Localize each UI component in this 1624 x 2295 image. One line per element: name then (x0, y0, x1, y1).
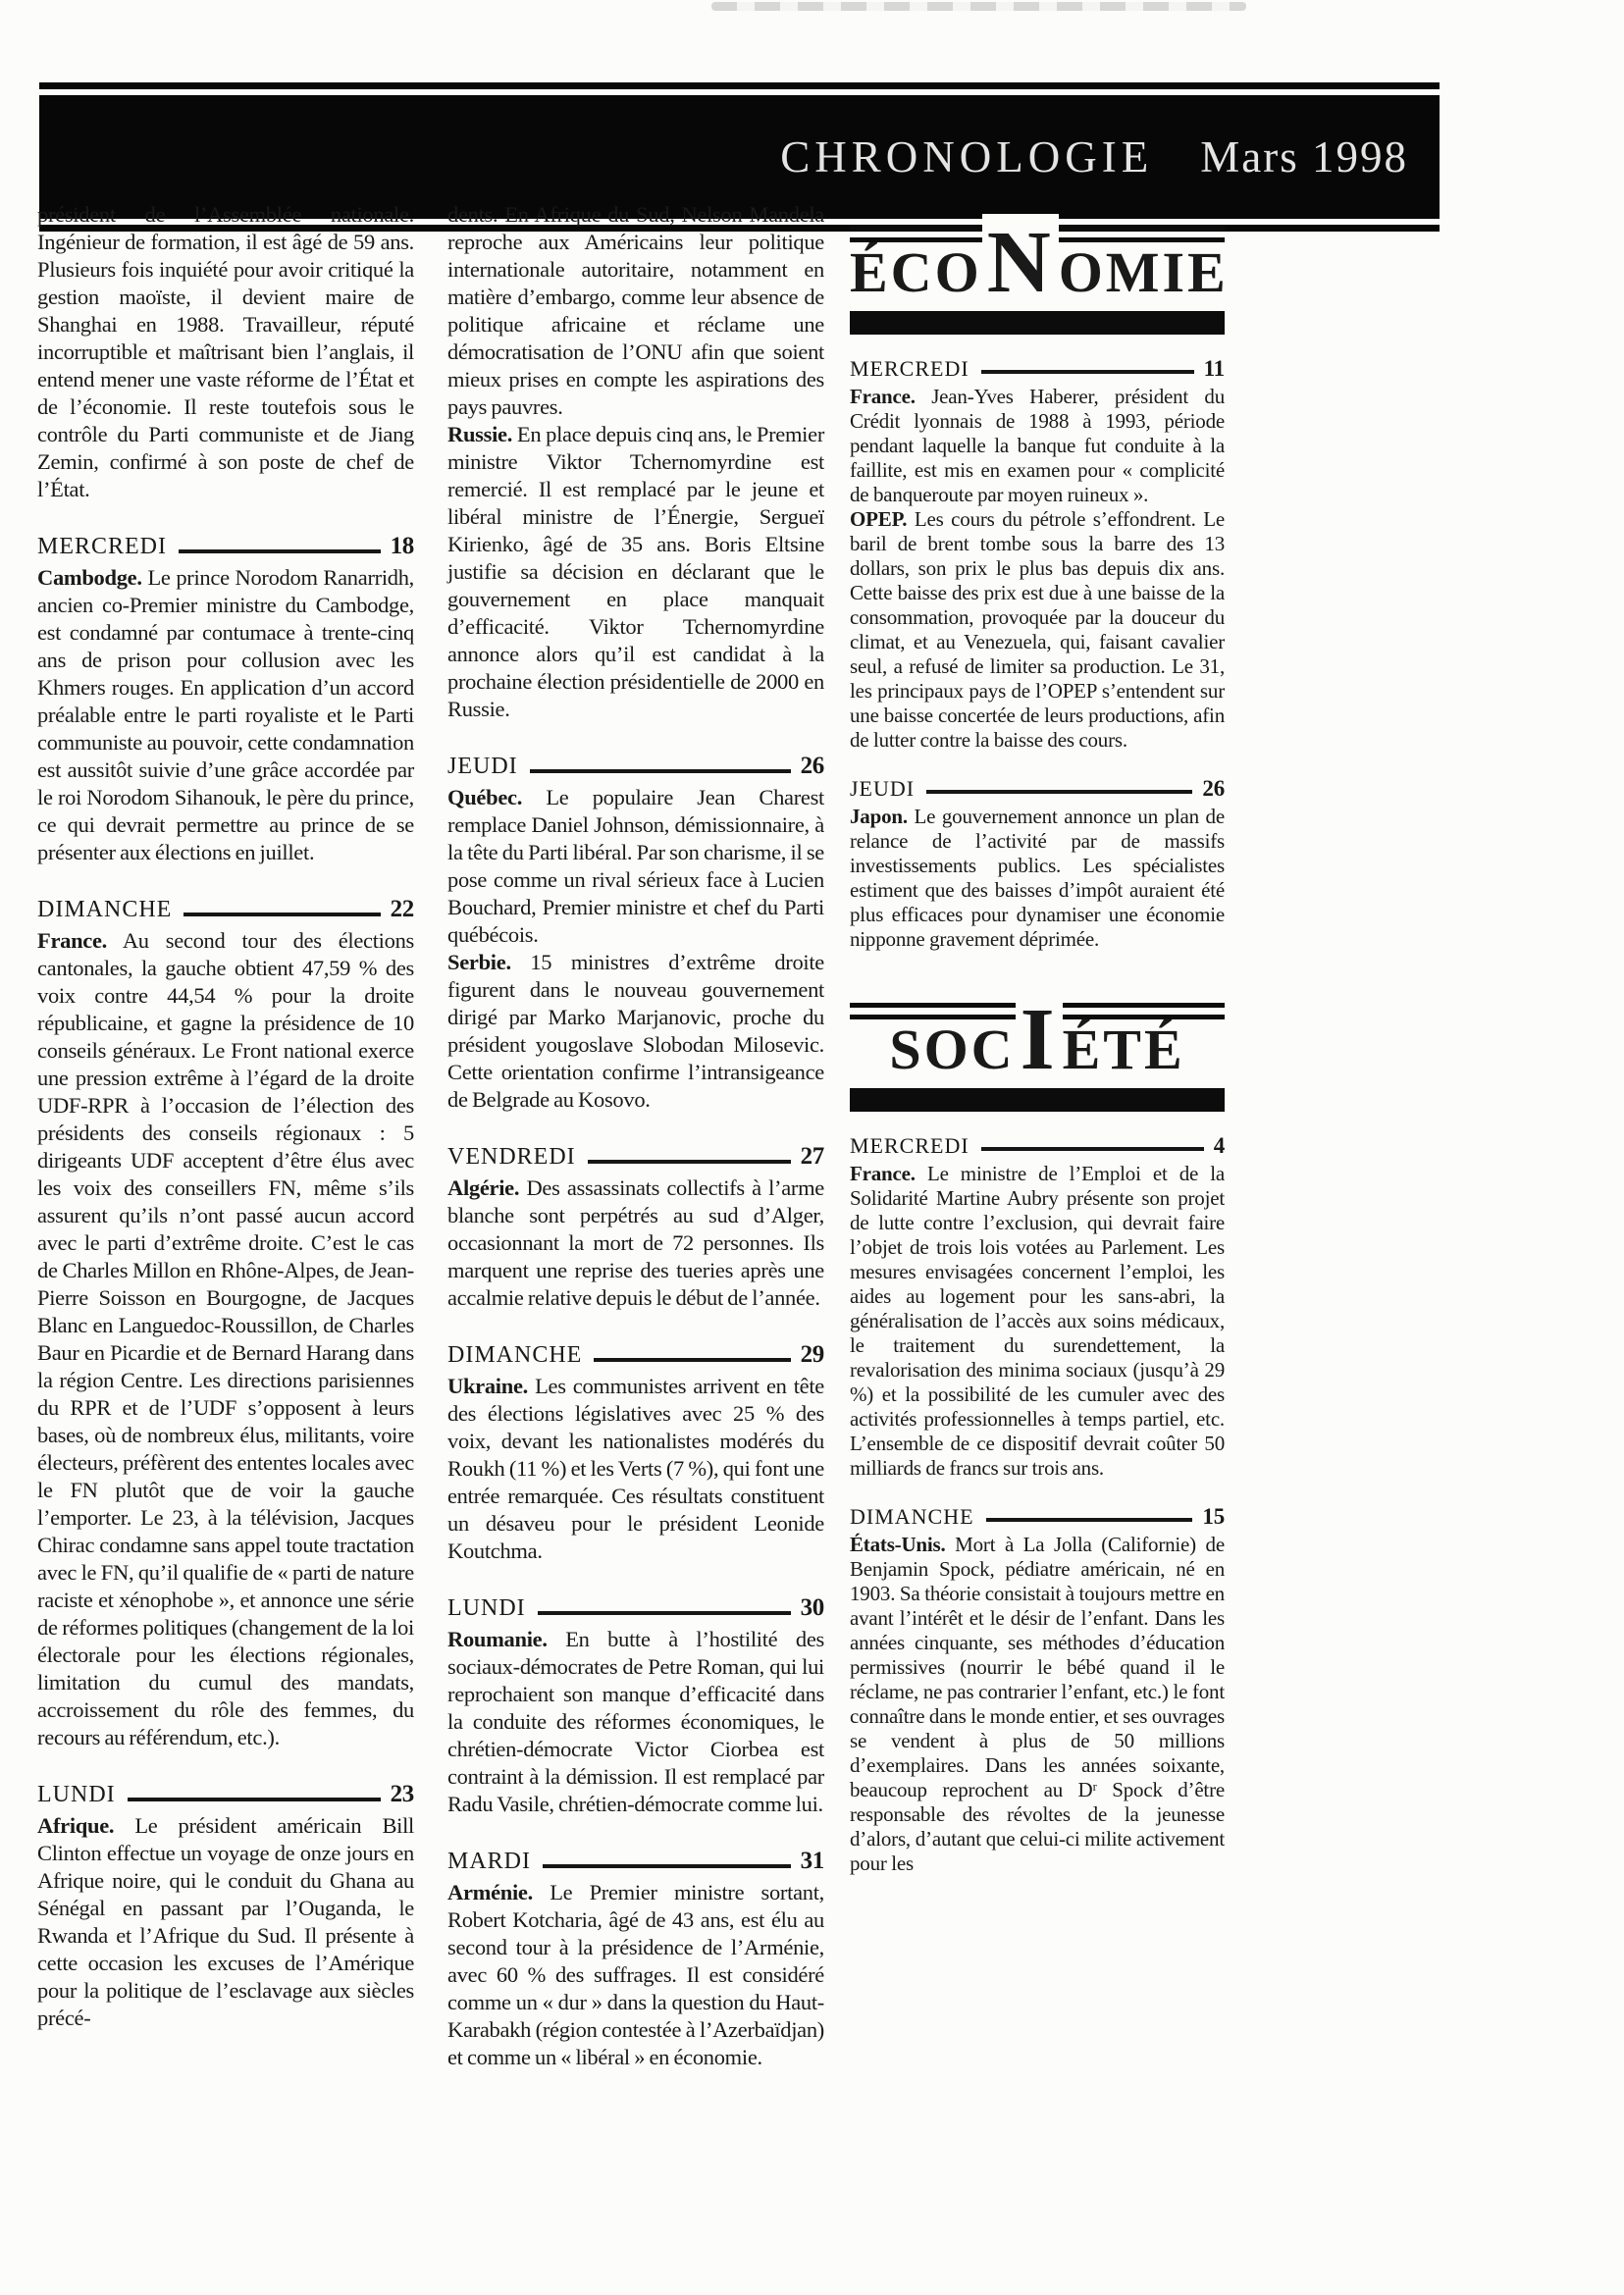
section-big-letter: I (1016, 991, 1063, 1088)
entry-dimanche-29: DIMANCHE 29 Ukraine. Les communistes arr… (447, 1341, 824, 1565)
country-lead: États-Unis. (850, 1533, 946, 1556)
entry-vendredi-27: VENDREDI 27 Algérie. Des assassinats col… (447, 1143, 824, 1312)
news-item: France. Le ministre de l’Emploi et de la… (850, 1162, 1225, 1481)
column-3: ÉCONOMIE MERCREDI 11 France. Jean-Yves H… (850, 218, 1225, 1876)
day-rule (981, 1147, 1204, 1151)
day-rule (588, 1160, 791, 1164)
item-text: Au second tour des élections cantonales,… (37, 928, 414, 1749)
news-item: Cambodge. Le prince Norodom Ranarridh, a… (37, 564, 414, 866)
day-row: MARDI 31 (447, 1848, 824, 1875)
continuation-paragraph: dents. En Afrique du Sud, Nelson Mandela… (447, 201, 824, 421)
continuation-paragraph: président de l’Assemblée nationale. Ingé… (37, 201, 414, 503)
day-number: 27 (801, 1143, 824, 1171)
day-number: 18 (391, 533, 414, 560)
day-name: MERCREDI (850, 356, 969, 381)
day-rule (183, 913, 380, 916)
entry-mercredi-4: MERCREDI 4 France. Le ministre de l’Empl… (850, 1133, 1225, 1481)
day-number: 30 (801, 1594, 824, 1622)
day-number: 11 (1204, 356, 1225, 381)
day-rule (594, 1358, 790, 1362)
news-item: Russie. En place depuis cinq ans, le Pre… (447, 421, 824, 723)
day-name: JEUDI (850, 776, 915, 801)
day-number: 26 (801, 753, 824, 780)
section-header-societe: SOCIÉTÉ (850, 995, 1225, 1112)
day-name: MERCREDI (37, 533, 167, 560)
news-item: Japon. Le gouvernement annonce un plan d… (850, 805, 1225, 952)
entry-lundi-23: LUNDI 23 Afrique. Le président américain… (37, 1781, 414, 2032)
section-title-segment: SOC (889, 1017, 1015, 1081)
entry-mercredi-11: MERCREDI 11 France. Jean-Yves Haberer, p… (850, 356, 1225, 753)
section-title-segment: ÉCO (850, 240, 982, 304)
country-lead: Cambodge. (37, 565, 142, 590)
page: { "header": { "title": "CHRONOLOGIE", "i… (0, 0, 1624, 2295)
day-row: LUNDI 23 (37, 1781, 414, 1808)
section-black-bar (850, 311, 1225, 335)
day-number: 23 (391, 1781, 414, 1808)
entry-dimanche-15: DIMANCHE 15 États-Unis. Mort à La Jolla … (850, 1504, 1225, 1876)
header-rule-top (39, 82, 1440, 89)
day-number: 29 (801, 1341, 824, 1369)
day-name: LUNDI (447, 1594, 526, 1622)
item-text: Les communistes arrivent en tête des éle… (447, 1374, 824, 1563)
news-item: Québec. Le populaire Jean Charest rempla… (447, 784, 824, 949)
item-text: Mort à La Jolla (Californie) de Benjamin… (850, 1533, 1225, 1875)
item-text: Les cours du pétrole s’effondrent. Le ba… (850, 507, 1225, 752)
news-item: Arménie. Le Premier ministre sortant, Ro… (447, 1879, 824, 2071)
section-header-economie: ÉCONOMIE (850, 218, 1225, 335)
news-item: France. Jean-Yves Haberer, président du … (850, 385, 1225, 507)
entry-jeudi-26: JEUDI 26 Québec. Le populaire Jean Chare… (447, 753, 824, 1114)
day-rule (538, 1611, 791, 1615)
day-rule (530, 769, 791, 773)
item-text: Le Premier ministre sortant, Robert Kotc… (447, 1880, 824, 2069)
country-lead: Russie. (447, 422, 512, 446)
day-rule (128, 1798, 381, 1801)
column-1: président de l’Assemblée nationale. Ingé… (37, 201, 414, 2032)
entry-mardi-31: MARDI 31 Arménie. Le Premier ministre so… (447, 1848, 824, 2071)
country-lead: France. (850, 385, 916, 408)
section-big-letter: N (982, 214, 1059, 311)
country-lead: Japon. (850, 805, 908, 828)
news-item: France. Au second tour des élections can… (37, 927, 414, 1751)
country-lead: Afrique. (37, 1813, 114, 1838)
day-name: MARDI (447, 1848, 531, 1875)
day-name: DIMANCHE (850, 1504, 974, 1529)
day-number: 4 (1214, 1133, 1225, 1158)
day-number: 31 (801, 1848, 824, 1875)
day-rule (986, 1518, 1193, 1522)
country-lead: Serbie. (447, 950, 511, 974)
country-lead: Algérie. (447, 1175, 519, 1200)
section-title-economie: ÉCONOMIE (850, 218, 1225, 308)
day-number: 22 (391, 896, 414, 923)
day-row: MERCREDI 11 (850, 356, 1225, 381)
section-title-societe: SOCIÉTÉ (850, 995, 1225, 1085)
day-name: DIMANCHE (447, 1341, 582, 1369)
news-item: Serbie. 15 ministres d’extrême droite fi… (447, 949, 824, 1114)
day-row: MERCREDI 4 (850, 1133, 1225, 1158)
country-lead: OPEP. (850, 507, 907, 531)
day-name: LUNDI (37, 1781, 116, 1808)
scan-artifact (711, 2, 1246, 11)
day-rule (926, 790, 1192, 794)
day-row: JEUDI 26 (850, 776, 1225, 801)
day-name: VENDREDI (447, 1143, 576, 1171)
country-lead: France. (37, 928, 107, 953)
news-item: Algérie. Des assassinats collectifs à l’… (447, 1174, 824, 1312)
country-lead: Roumanie. (447, 1627, 548, 1651)
day-number: 15 (1202, 1504, 1225, 1529)
day-row: VENDREDI 27 (447, 1143, 824, 1171)
day-rule (981, 370, 1194, 374)
entry-dimanche-22: DIMANCHE 22 France. Au second tour des é… (37, 896, 414, 1751)
day-rule (179, 549, 381, 553)
news-item: Ukraine. Les communistes arrivent en têt… (447, 1373, 824, 1565)
news-item: OPEP. Les cours du pétrole s’effondrent.… (850, 507, 1225, 753)
section-title-segment: ÉTÉ (1063, 1017, 1185, 1081)
country-lead: Ukraine. (447, 1374, 528, 1398)
day-row: LUNDI 30 (447, 1594, 824, 1622)
column-2: dents. En Afrique du Sud, Nelson Mandela… (447, 201, 824, 2071)
page-issue: Mars 1998 (1200, 131, 1408, 183)
day-name: JEUDI (447, 753, 518, 780)
day-row: DIMANCHE 22 (37, 896, 414, 923)
day-row: DIMANCHE 15 (850, 1504, 1225, 1529)
day-name: MERCREDI (850, 1133, 969, 1158)
entry-jeudi-26-japon: JEUDI 26 Japon. Le gouvernement annonce … (850, 776, 1225, 952)
news-item: Roumanie. En butte à l’hostilité des soc… (447, 1626, 824, 1818)
entry-lundi-30: LUNDI 30 Roumanie. En butte à l’hostilit… (447, 1594, 824, 1818)
day-number: 26 (1202, 776, 1225, 801)
item-text: Le prince Norodom Ranarridh, ancien co-P… (37, 565, 414, 864)
day-rule (543, 1864, 791, 1868)
page-title: CHRONOLOGIE (780, 131, 1153, 183)
section-black-bar (850, 1088, 1225, 1112)
country-lead: Québec. (447, 785, 522, 809)
item-text: Le ministre de l’Emploi et de la Solidar… (850, 1162, 1225, 1480)
item-text: En place depuis cinq ans, le Premier min… (447, 422, 824, 721)
day-name: DIMANCHE (37, 896, 172, 923)
country-lead: France. (850, 1162, 916, 1185)
day-row: DIMANCHE 29 (447, 1341, 824, 1369)
day-row: JEUDI 26 (447, 753, 824, 780)
item-text: En butte à l’hostilité des sociaux-démoc… (447, 1627, 824, 1816)
item-text: Le président américain Bill Clinton effe… (37, 1813, 414, 2030)
news-item: États-Unis. Mort à La Jolla (Californie)… (850, 1533, 1225, 1876)
day-row: MERCREDI 18 (37, 533, 414, 560)
country-lead: Arménie. (447, 1880, 533, 1904)
entry-mercredi-18: MERCREDI 18 Cambodge. Le prince Norodom … (37, 533, 414, 866)
news-item: Afrique. Le président américain Bill Cli… (37, 1812, 414, 2032)
section-title-segment: OMIE (1059, 240, 1229, 304)
